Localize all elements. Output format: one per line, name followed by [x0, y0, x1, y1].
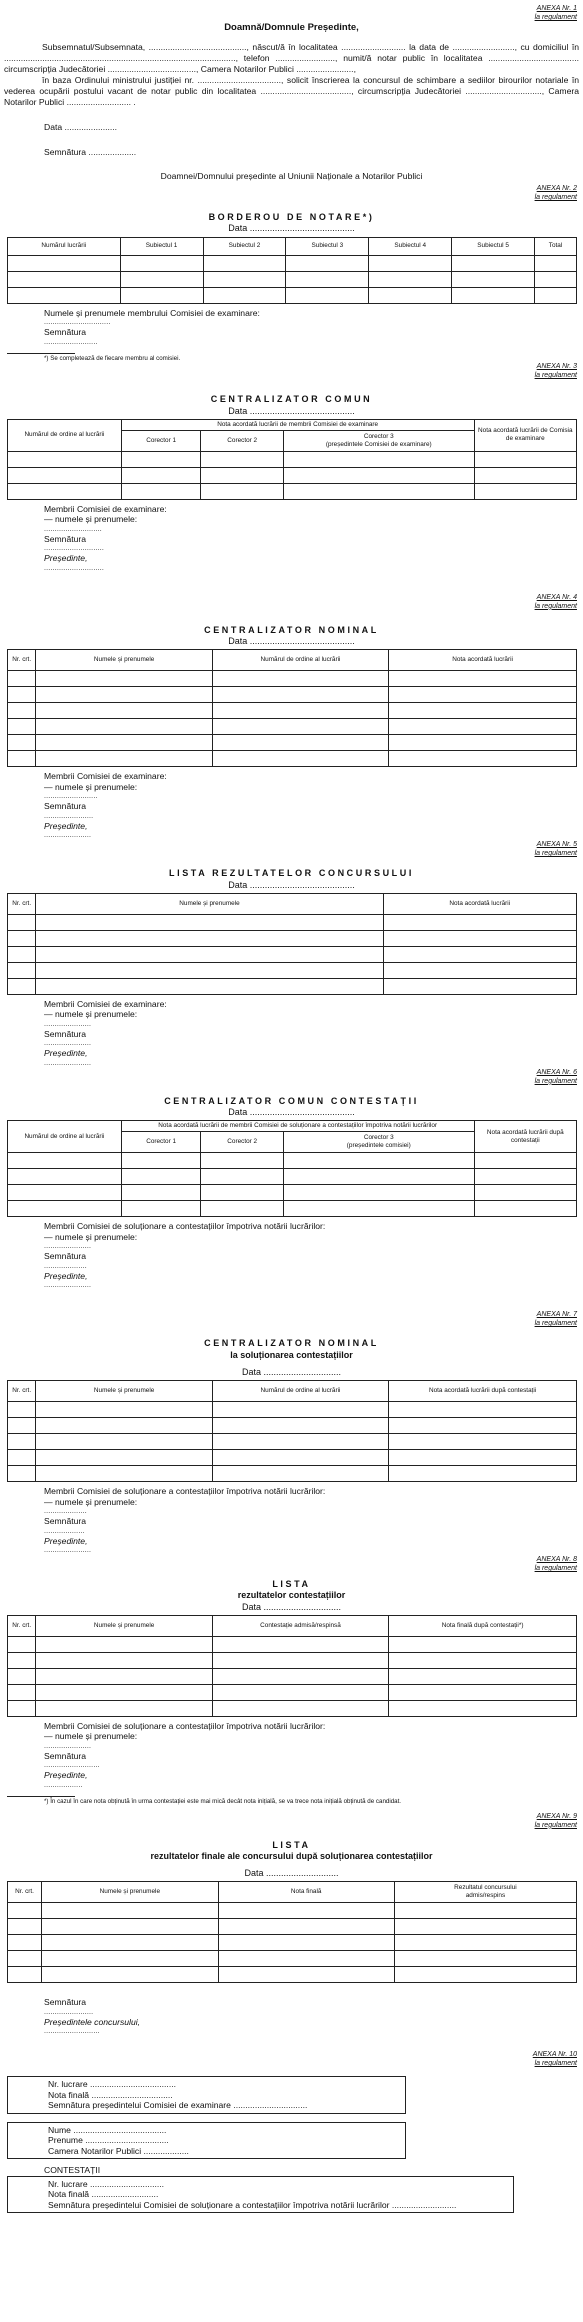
table-row [8, 914, 577, 930]
table-cell[interactable] [212, 1466, 388, 1482]
president-label: Președinte, [44, 553, 579, 564]
member-name-field[interactable]: ...................... [44, 1020, 579, 1029]
table-cell[interactable] [218, 1935, 394, 1951]
table-cell[interactable] [8, 914, 36, 930]
signature-label: Semnătura [44, 801, 579, 812]
signature-label: Semnătura [44, 1751, 579, 1762]
table-cell[interactable] [8, 451, 122, 467]
table-cell[interactable] [203, 271, 286, 287]
table-cell[interactable] [121, 1169, 201, 1185]
table-cell[interactable] [212, 1402, 388, 1418]
table-cell[interactable] [212, 1636, 388, 1652]
table-cell[interactable] [121, 1153, 201, 1169]
table-cell[interactable] [8, 735, 36, 751]
table-cell[interactable] [42, 1935, 218, 1951]
table-cell[interactable] [8, 1402, 36, 1418]
column-header: Nota acordată lucrării [389, 650, 577, 671]
president-label: Președinte, [44, 1770, 579, 1781]
table-cell[interactable] [8, 1903, 42, 1919]
table-cell[interactable] [201, 483, 284, 499]
table-cell[interactable] [369, 287, 452, 303]
stub-field-line[interactable]: Nr. lucrare ............................… [48, 2179, 513, 2190]
table-cell[interactable] [8, 255, 121, 271]
member-name-field[interactable]: ...................... [44, 1742, 579, 1751]
signature-block: Membrii Comisiei de soluționare a contes… [44, 1721, 579, 1790]
table-cell[interactable] [474, 1169, 576, 1185]
table-header-row: Nr. crt.Numele și prenumeleNota acordată… [8, 893, 577, 914]
signature-block: Membrii Comisiei de examinare:— numele ș… [44, 771, 579, 840]
table-cell[interactable] [389, 1668, 577, 1684]
table-cell[interactable] [8, 751, 36, 767]
section-title: LISTA [4, 1840, 579, 1851]
president-signature-field[interactable]: ...................... [44, 1281, 579, 1290]
table-cell[interactable] [212, 1700, 388, 1716]
table-cell[interactable] [203, 287, 286, 303]
signature-field[interactable]: ................... [44, 1527, 579, 1536]
signature-field[interactable]: ....................... [44, 2008, 579, 2017]
table-cell[interactable] [36, 946, 383, 962]
table-cell[interactable] [394, 1935, 576, 1951]
table-cell[interactable] [369, 255, 452, 271]
date-line: Data ............................... [4, 1367, 579, 1378]
table-cell[interactable] [212, 1684, 388, 1700]
table-cell[interactable] [212, 671, 388, 687]
table-cell[interactable] [452, 255, 535, 271]
column-header: Rezultatul concursuluiadmis/respins [394, 1882, 576, 1903]
table-row [8, 255, 577, 271]
table-row [8, 1919, 577, 1935]
table-cell[interactable] [212, 703, 388, 719]
table-cell[interactable] [120, 287, 203, 303]
table-cell[interactable] [389, 735, 577, 751]
table-cell[interactable] [36, 1700, 212, 1716]
signature-field[interactable]: ...................... [44, 1039, 579, 1048]
table-cell[interactable] [42, 1951, 218, 1967]
appeals-results-table: Nr. crt.Numele și prenumeleContestație a… [7, 1615, 577, 1717]
column-header: Numele și prenumele [36, 650, 212, 671]
table-cell[interactable] [389, 1700, 577, 1716]
table-cell[interactable] [283, 467, 474, 483]
table-cell[interactable] [36, 719, 212, 735]
table-row [8, 687, 577, 703]
column-header: Numărul de ordine al lucrării [8, 1121, 122, 1153]
president-label: Președinte, [44, 821, 579, 832]
table-cell[interactable] [42, 1919, 218, 1935]
table-row [8, 1169, 577, 1185]
table-cell[interactable] [389, 1450, 577, 1466]
names-label: — numele și prenumele: [44, 1497, 579, 1508]
table-header-row: Nr. crt.Numele și prenumeleNumărul de or… [8, 1381, 577, 1402]
table-cell[interactable] [36, 671, 212, 687]
table-cell[interactable] [8, 946, 36, 962]
table-cell[interactable] [8, 1700, 36, 1716]
table-cell[interactable] [212, 1418, 388, 1434]
table-cell[interactable] [394, 1903, 576, 1919]
table-cell[interactable] [36, 751, 212, 767]
column-header: Nr. crt. [8, 1381, 36, 1402]
table-cell[interactable] [389, 719, 577, 735]
column-header: Corector 3(președintele comisiei) [283, 1132, 474, 1153]
table-cell[interactable] [212, 751, 388, 767]
table-cell[interactable] [8, 1169, 122, 1185]
table-cell[interactable] [8, 467, 122, 483]
table-cell[interactable] [8, 671, 36, 687]
table-cell[interactable] [36, 962, 383, 978]
table-cell[interactable] [8, 287, 121, 303]
table-row [8, 1668, 577, 1684]
anexa-6: ANEXA Nr. 6 la regulament CENTRALIZATOR … [4, 1068, 579, 1291]
table-row [8, 1935, 577, 1951]
member-name-field[interactable]: .................... [44, 1507, 579, 1516]
section-title: CENTRALIZATOR NOMINAL [4, 1338, 579, 1349]
table-cell[interactable] [452, 271, 535, 287]
table-cell[interactable] [8, 1153, 122, 1169]
table-cell[interactable] [8, 1935, 42, 1951]
table-cell[interactable] [120, 271, 203, 287]
names-label: — numele și prenumele: [44, 1232, 579, 1243]
column-header: Numărul de ordine al lucrării [8, 419, 122, 451]
table-cell[interactable] [383, 962, 576, 978]
footnote-rule [7, 1796, 75, 1797]
table-cell[interactable] [8, 687, 36, 703]
table-cell[interactable] [8, 1466, 36, 1482]
table-cell[interactable] [389, 703, 577, 719]
table-cell[interactable] [8, 719, 36, 735]
table-cell[interactable] [36, 978, 383, 994]
column-header: Numele și prenumele [42, 1882, 218, 1903]
table-cell[interactable] [389, 1402, 577, 1418]
table-cell[interactable] [8, 1652, 36, 1668]
column-header: Nota acordată lucrării de Comisia de exa… [474, 419, 576, 451]
signature-field[interactable]: ......................... [44, 338, 579, 347]
stub-field-line[interactable]: Nota finală ............................ [48, 2189, 513, 2200]
table-cell[interactable] [212, 735, 388, 751]
table-cell[interactable] [8, 1201, 122, 1217]
signature-block: Membrii Comisiei de soluționare a contes… [44, 1221, 579, 1290]
table-cell[interactable] [36, 1466, 212, 1482]
signature-field[interactable]: ............................ [44, 544, 579, 553]
table-cell[interactable] [212, 719, 388, 735]
table-cell[interactable] [8, 1434, 36, 1450]
table-cell[interactable] [218, 1967, 394, 1983]
table-cell[interactable] [389, 1652, 577, 1668]
table-cell[interactable] [283, 483, 474, 499]
table-row [8, 703, 577, 719]
president-signature-field[interactable]: ............................ [44, 564, 579, 573]
table-row [8, 1434, 577, 1450]
anexa-7: ANEXA Nr. 7 la regulament CENTRALIZATOR … [4, 1310, 579, 1555]
table-cell[interactable] [8, 1967, 42, 1983]
table-cell[interactable] [283, 1201, 474, 1217]
members-label: Membrii Comisiei de examinare: [44, 504, 579, 515]
stub-field-line[interactable]: Nume ...................................… [48, 2125, 405, 2136]
table-row [8, 1466, 577, 1482]
date-line: Data ...................................… [4, 880, 579, 891]
column-header: Subiectul 3 [286, 237, 369, 255]
table-cell[interactable] [8, 1636, 36, 1652]
table-cell[interactable] [212, 1652, 388, 1668]
column-header: Nota acordată lucrării după contestații [389, 1381, 577, 1402]
application-paragraph-1: Subsemnatul/Subsemnata, ................… [4, 42, 579, 75]
table-cell[interactable] [218, 1951, 394, 1967]
table-cell[interactable] [8, 1919, 42, 1935]
table-cell[interactable] [286, 271, 369, 287]
table-cell[interactable] [42, 1967, 218, 1983]
table-cell[interactable] [286, 255, 369, 271]
anexa-label: ANEXA Nr. 10 la regulament [4, 2050, 579, 2068]
table-cell[interactable] [36, 1652, 212, 1668]
table-cell[interactable] [383, 930, 576, 946]
members-label: Membrii Comisiei de examinare: [44, 999, 579, 1010]
table-cell[interactable] [283, 1169, 474, 1185]
names-label: — numele și prenumele: [44, 514, 579, 525]
table-row [8, 930, 577, 946]
stub-field-line[interactable]: Semnătura președintelui Comisiei de solu… [48, 2200, 513, 2211]
column-header: Corector 2 [201, 430, 284, 451]
column-header: Corector 1 [121, 430, 201, 451]
section-subtitle: rezultatelor finale ale concursului după… [4, 1851, 579, 1862]
table-row [8, 946, 577, 962]
table-cell[interactable] [212, 1434, 388, 1450]
table-cell[interactable] [369, 271, 452, 287]
table-cell[interactable] [535, 255, 577, 271]
table-cell[interactable] [283, 1185, 474, 1201]
column-header: Numărul de ordine al lucrării [212, 1381, 388, 1402]
table-cell[interactable] [389, 1684, 577, 1700]
table-cell[interactable] [121, 467, 201, 483]
table-cell[interactable] [389, 1434, 577, 1450]
column-header: Numărul lucrării [8, 237, 121, 255]
table-cell[interactable] [389, 687, 577, 703]
table-row [8, 1402, 577, 1418]
addressee: Doamnei/Domnului președinte al Uniunii N… [4, 171, 579, 182]
anexa-label: ANEXA Nr. 4 la regulament [4, 593, 579, 611]
date-line: Data ...................................… [4, 636, 579, 647]
column-header: Numele și prenumele [36, 1381, 212, 1402]
stub-field-line[interactable]: Semnătura președintelui Comisiei de exam… [48, 2100, 405, 2111]
table-row [8, 1684, 577, 1700]
table-cell[interactable] [389, 671, 577, 687]
member-name-field[interactable]: ............................... [44, 318, 579, 327]
member-name-field[interactable]: ......................... [44, 792, 579, 801]
footnote-rule [7, 353, 75, 354]
table-cell[interactable] [286, 287, 369, 303]
table-cell[interactable] [36, 930, 383, 946]
table-cell[interactable] [218, 1903, 394, 1919]
anexa-label: ANEXA Nr. 5 la regulament [4, 840, 579, 858]
centralizer-table: Numărul de ordine al lucrăriiNota acorda… [7, 419, 577, 500]
table-row [8, 451, 577, 467]
column-header: Nr. crt. [8, 1615, 36, 1636]
signature-label: Semnătura [44, 534, 579, 545]
table-cell[interactable] [8, 271, 121, 287]
president-signature-field[interactable]: .......................... [44, 2027, 579, 2036]
table-row [8, 978, 577, 994]
table-cell[interactable] [394, 1919, 576, 1935]
table-cell[interactable] [535, 287, 577, 303]
table-row [8, 271, 577, 287]
table-cell[interactable] [394, 1951, 576, 1967]
table-cell[interactable] [36, 1434, 212, 1450]
table-cell[interactable] [121, 451, 201, 467]
table-cell[interactable] [42, 1903, 218, 1919]
table-cell[interactable] [8, 1450, 36, 1466]
signature-label: Semnătura [44, 1516, 579, 1527]
table-cell[interactable] [121, 1185, 201, 1201]
table-cell[interactable] [452, 287, 535, 303]
column-header: Corector 1 [121, 1132, 201, 1153]
president-label: Președinte, [44, 1271, 579, 1282]
table-cell[interactable] [203, 255, 286, 271]
footnote: *) Se completează de fiecare membru al c… [44, 355, 579, 363]
members-label: Membrii Comisiei de soluționare a contes… [44, 1486, 579, 1497]
section-subtitle: rezultatelor contestațiilor [4, 1590, 579, 1601]
table-row [8, 1636, 577, 1652]
appeals-nominal-table: Nr. crt.Numele și prenumeleNumărul de or… [7, 1380, 577, 1482]
table-cell[interactable] [121, 1201, 201, 1217]
table-cell[interactable] [535, 271, 577, 287]
table-cell[interactable] [201, 1201, 284, 1217]
column-header: Subiectul 5 [452, 237, 535, 255]
stub-field-line[interactable]: Nota finală ............................… [48, 2090, 405, 2101]
table-cell[interactable] [36, 1418, 212, 1434]
table-cell[interactable] [8, 962, 36, 978]
table-cell[interactable] [474, 483, 576, 499]
table-cell[interactable] [201, 1153, 284, 1169]
president-signature-field[interactable]: ...................... [44, 1059, 579, 1068]
table-cell[interactable] [212, 1668, 388, 1684]
table-cell[interactable] [389, 1418, 577, 1434]
stub-field-line[interactable]: Prenume ................................… [48, 2135, 405, 2146]
anexa-label: ANEXA Nr. 1 la regulament [4, 0, 579, 22]
stub-field-line[interactable]: Camera Notarilor Publici ...............… [48, 2146, 405, 2157]
table-cell[interactable] [120, 255, 203, 271]
appeals-centralizer-table: Numărul de ordine al lucrăriiNota acorda… [7, 1120, 577, 1217]
table-cell[interactable] [36, 735, 212, 751]
footnote: *) În cazul în care nota obținută în urm… [44, 1798, 579, 1806]
table-cell[interactable] [389, 751, 577, 767]
table-cell[interactable] [474, 1153, 576, 1169]
column-header: Nr. crt. [8, 893, 36, 914]
anexa-label: ANEXA Nr. 8 la regulament [4, 1555, 579, 1573]
president-signature-field[interactable]: .................. [44, 1781, 579, 1790]
signature-block: Semnătura ....................... Președ… [44, 1997, 579, 2036]
table-cell[interactable] [383, 946, 576, 962]
table-cell[interactable] [8, 978, 36, 994]
table-cell[interactable] [121, 483, 201, 499]
table-row [8, 1951, 577, 1967]
table-cell[interactable] [8, 1684, 36, 1700]
table-cell[interactable] [8, 703, 36, 719]
anexa-9: ANEXA Nr. 9 la regulament LISTA rezultat… [4, 1812, 579, 2037]
table-cell[interactable] [36, 1684, 212, 1700]
table-cell[interactable] [212, 687, 388, 703]
table-row [8, 751, 577, 767]
table-cell[interactable] [474, 451, 576, 467]
table-cell[interactable] [474, 1185, 576, 1201]
anexa-2: ANEXA Nr. 2 la regulament BORDEROU DE NO… [4, 184, 579, 362]
table-cell[interactable] [212, 1450, 388, 1466]
signature-field[interactable]: ....................... [44, 812, 579, 821]
date-line: Data ............................... [4, 1602, 579, 1613]
table-cell[interactable] [36, 1668, 212, 1684]
table-cell[interactable] [389, 1466, 577, 1482]
table-cell[interactable] [201, 1169, 284, 1185]
table-cell[interactable] [8, 1185, 122, 1201]
anexa-4: ANEXA Nr. 4 la regulament CENTRALIZATOR … [4, 593, 579, 841]
column-header: Subiectul 1 [120, 237, 203, 255]
member-name-field[interactable]: ........................... [44, 525, 579, 534]
table-row [8, 1153, 577, 1169]
column-header: Contestație admisă/respinsă [212, 1615, 388, 1636]
table-cell[interactable] [218, 1919, 394, 1935]
table-header-row: Nr. crt.Numele și prenumeleNota finalăRe… [8, 1882, 577, 1903]
table-cell[interactable] [36, 1450, 212, 1466]
table-cell[interactable] [383, 978, 576, 994]
column-header: Numărul de ordine al lucrării [212, 650, 388, 671]
table-cell[interactable] [201, 467, 284, 483]
signature-field[interactable]: .......................... [44, 1761, 579, 1770]
table-cell[interactable] [36, 703, 212, 719]
stub-field-line[interactable]: Nr. lucrare ............................… [48, 2079, 405, 2090]
signature-block: Membrii Comisiei de soluționare a contes… [44, 1486, 579, 1555]
table-cell[interactable] [8, 1951, 42, 1967]
column-header: Total [535, 237, 577, 255]
application-paragraph-2: în baza Ordinului ministrului justiției … [4, 75, 579, 108]
table-cell[interactable] [8, 1418, 36, 1434]
table-cell[interactable] [36, 1402, 212, 1418]
column-header: Numele și prenumele [36, 1615, 212, 1636]
signature-field[interactable]: .................... [44, 1262, 579, 1271]
president-signature-field[interactable]: ...................... [44, 1546, 579, 1555]
table-cell[interactable] [36, 914, 383, 930]
anexa-8: ANEXA Nr. 8 la regulament LISTA rezultat… [4, 1555, 579, 1806]
members-label: Membrii Comisiei de soluționare a contes… [44, 1721, 579, 1732]
column-header: Nr. crt. [8, 1882, 42, 1903]
table-header-row: Numărul de ordine al lucrăriiNota acorda… [8, 419, 577, 430]
table-cell[interactable] [36, 687, 212, 703]
table-cell[interactable] [474, 1201, 576, 1217]
table-cell[interactable] [389, 1636, 577, 1652]
table-cell[interactable] [394, 1967, 576, 1983]
anexa-label: ANEXA Nr. 7 la regulament [4, 1310, 579, 1328]
anexa-label: ANEXA Nr. 3 la regulament [4, 362, 579, 380]
nominal-table: Nr. crt.Numele și prenumeleNumărul de or… [7, 649, 577, 767]
president-signature-field[interactable]: ...................... [44, 831, 579, 840]
date-line: Data ...................... [44, 122, 579, 133]
section-title: CENTRALIZATOR COMUN CONTESTAȚII [4, 1096, 579, 1107]
names-label: — numele și prenumele: [44, 1731, 579, 1742]
anexa-1: ANEXA Nr. 1 la regulament Doamnă/Domnule… [4, 0, 579, 182]
date-line: Data ...................................… [4, 1107, 579, 1118]
table-header-row: Numărul de ordine al lucrăriiNota acorda… [8, 1121, 577, 1132]
table-cell[interactable] [283, 451, 474, 467]
table-cell[interactable] [8, 930, 36, 946]
table-cell[interactable] [283, 1153, 474, 1169]
anexa-label: ANEXA Nr. 9 la regulament [4, 1812, 579, 1830]
table-cell[interactable] [201, 1185, 284, 1201]
table-cell[interactable] [383, 914, 576, 930]
table-row [8, 671, 577, 687]
table-cell[interactable] [36, 1636, 212, 1652]
contestatii-label: CONTESTAȚII [44, 2165, 579, 2176]
table-cell[interactable] [8, 483, 122, 499]
appeal-stub-box: Nr. lucrare ............................… [7, 2176, 514, 2214]
table-cell[interactable] [8, 1668, 36, 1684]
table-cell[interactable] [474, 467, 576, 483]
table-cell[interactable] [201, 451, 284, 467]
member-name-field[interactable]: ...................... [44, 1242, 579, 1251]
